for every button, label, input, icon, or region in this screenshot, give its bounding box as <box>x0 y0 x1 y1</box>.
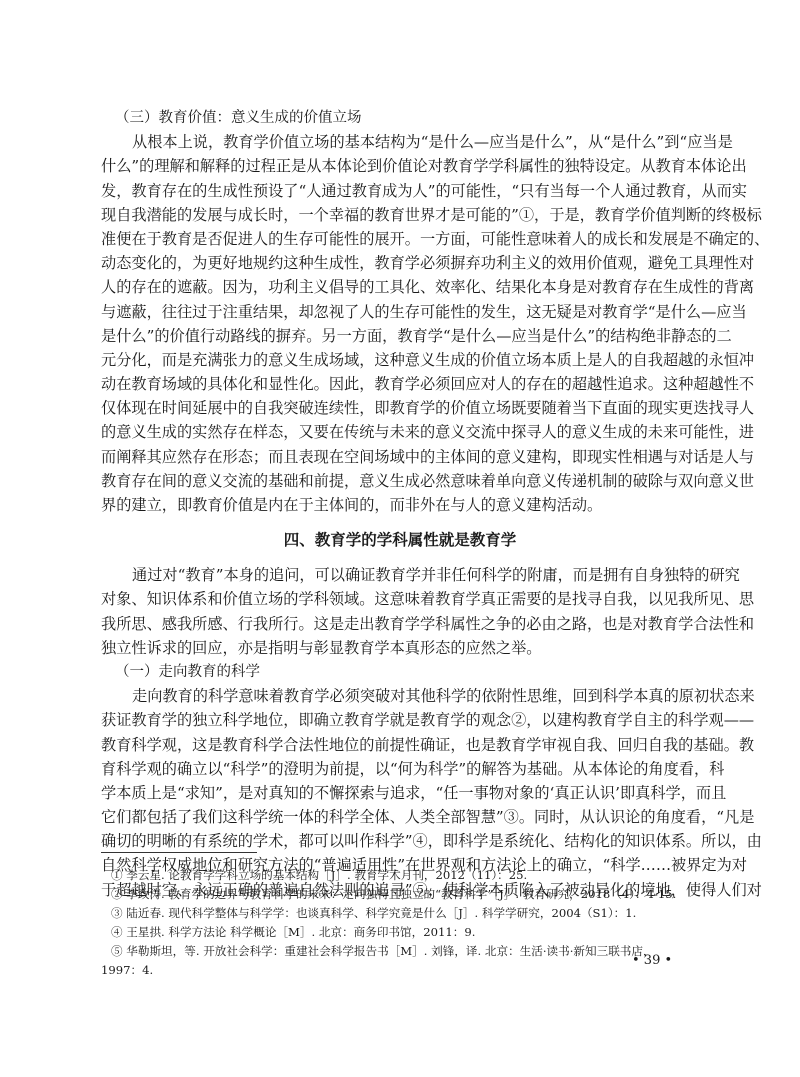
footnote-divider <box>101 852 257 853</box>
text-line: 教育科学观，这是教育科学合法性地位的前提性确证，也是教育学审视自我、回归自我的基… <box>101 733 699 757</box>
text-line: 界的建立，即教育价值是内在于主体间的，而非外在与人的意义建构活动。 <box>101 493 699 517</box>
text-line: 学本质上是“求知”，是对真知的不懈探索与追求，“任一事物对象的‘真正认识’即真科… <box>101 781 699 805</box>
text-line: 从根本上说，教育学价值立场的基本结构为“是什么—应当是什么”，从“是什么”到“应… <box>101 130 699 154</box>
text-line: 动态变化的，为更好地规约这种生成性，教育学必须摒弃功利主义的效用价值观，避免工具… <box>101 251 699 275</box>
footnote-5: ⑤ 华勒斯坦，等. 开放社会科学：重建社会科学报告书［M］. 刘锋，译. 北京：… <box>111 942 701 961</box>
footnote-1: ① 李云星. 论教育学学科立场的基本结构［J］. 教育学术月刊，2012（11）… <box>111 866 701 885</box>
text-line: 发，教育存在的生成性预设了“人通过教育成为人”的可能性，“只有当每一个人通过教育… <box>101 179 699 203</box>
text-line: 育科学观的确立以“科学”的澄明为前提，以“何为科学”的解答为基础。从本体论的角度… <box>101 757 699 781</box>
paragraph-educational-value: 从根本上说，教育学价值立场的基本结构为“是什么—应当是什么”，从“是什么”到“应… <box>101 130 699 517</box>
footnote-3: ③ 陆近春. 现代科学整体与科学学：也谈真科学、科学究竟是什么［J］. 科学学研… <box>111 904 701 923</box>
text-line: 获证教育学的独立科学地位，即确立教育学就是教育学的观念②，以建构教育学自主的科学… <box>101 708 699 732</box>
text-line: 动在教育场域的具体化和显性化。因此，教育学必须回应对人的存在的超越性追求。这种超… <box>101 372 699 396</box>
text-line: 是什么”的价值行动路线的摒弃。另一方面，教育学“是什么—应当是什么”的结构绝非静… <box>101 324 699 348</box>
text-line: 与遮蔽，往往过于注重结果，却忽视了人的生存可能性的发生，这无疑是对教育学“是什么… <box>101 300 699 324</box>
text-line: 我所思、感我所感、行我所行。这是走出教育学学科属性之争的必由之路，也是对教育学合… <box>101 612 699 636</box>
footnote-2: ② 李政涛. 教育学的边界与教育科学的未来：走向独特且独立的“教育科学”［J］.… <box>111 885 701 904</box>
footnote-4: ④ 王星拱. 科学方法论 科学概论［M］. 北京：商务印书馆，2011：9. <box>111 923 701 942</box>
subsection-heading-3: （三）教育价值：意义生成的价值立场 <box>101 106 699 130</box>
text-line: 什么”的理解和解释的过程正是从本体论到价值论对教育学学科属性的独特设定。从教育本… <box>101 154 699 178</box>
text-line: 仅体现在时间延展中的自我突破连续性，即教育学的价值立场既要随着当下直面的现实更迭… <box>101 396 699 420</box>
text-line: 确切的明晰的有系统的学术，都可以叫作科学”④，即科学是系统化、结构化的知识体系。… <box>101 829 699 853</box>
page-body: （三）教育价值：意义生成的价值立场 从根本上说，教育学价值立场的基本结构为“是什… <box>101 106 699 902</box>
text-line: 走向教育的科学意味着教育学必须突破对其他科学的依附性思维，回到科学本真的原初状态… <box>101 684 699 708</box>
text-line: 现自我潜能的发展与成长时，一个幸福的教育世界才是可能的”①，于是，教育学价值判断… <box>101 203 699 227</box>
text-line: 通过对“教育”本身的追问，可以确证教育学并非任何科学的附庸，而是拥有自身独特的研… <box>101 563 699 587</box>
text-line: 的意义生成的实然存在样态，又要在传统与未来的意义交流中探寻人的意义生成的未来可能… <box>101 420 699 444</box>
text-line: 它们都包括了我们这科学统一体的科学全体、人类全部智慧”③。同时，从认识论的角度看… <box>101 805 699 829</box>
footnotes: ① 李云星. 论教育学学科立场的基本结构［J］. 教育学术月刊，2012（11）… <box>111 866 701 980</box>
subsection-heading-1: （一）走向教育的科学 <box>101 660 699 684</box>
text-line: 元分化，而是充满张力的意义生成场域，这种意义生成的价值立场本质上是人的自我超越的… <box>101 348 699 372</box>
page-number: • 39 • <box>632 953 672 968</box>
text-line: 独立性诉求的回应，亦是指明与彰显教育学本真形态的应然之举。 <box>101 636 699 660</box>
section-title: 四、教育学的学科属性就是教育学 <box>101 519 699 561</box>
text-line: 对象、知识体系和价值立场的学科领域。这意味着教育学真正需要的是找寻自我，以见我所… <box>101 587 699 611</box>
footnote-5-continued: 1997：4. <box>101 961 701 980</box>
text-line: 人的存在的遮蔽。因为，功利主义倡导的工具化、效率化、结果化本身是对教育存在生成性… <box>101 275 699 299</box>
text-line: 教育存在间的意义交流的基础和前提，意义生成必然意味着单向意义传递机制的破除与双向… <box>101 469 699 493</box>
text-line: 准便在于教育是否促进人的生存可能性的展开。一方面，可能性意味着人的成长和发展是不… <box>101 227 699 251</box>
text-line: 而阐释其应然存在形态；而且表现在空间场域中的主体间的意义建构，即现实性相遇与对话… <box>101 445 699 469</box>
paragraph-section-intro: 通过对“教育”本身的追问，可以确证教育学并非任何科学的附庸，而是拥有自身独特的研… <box>101 563 699 660</box>
